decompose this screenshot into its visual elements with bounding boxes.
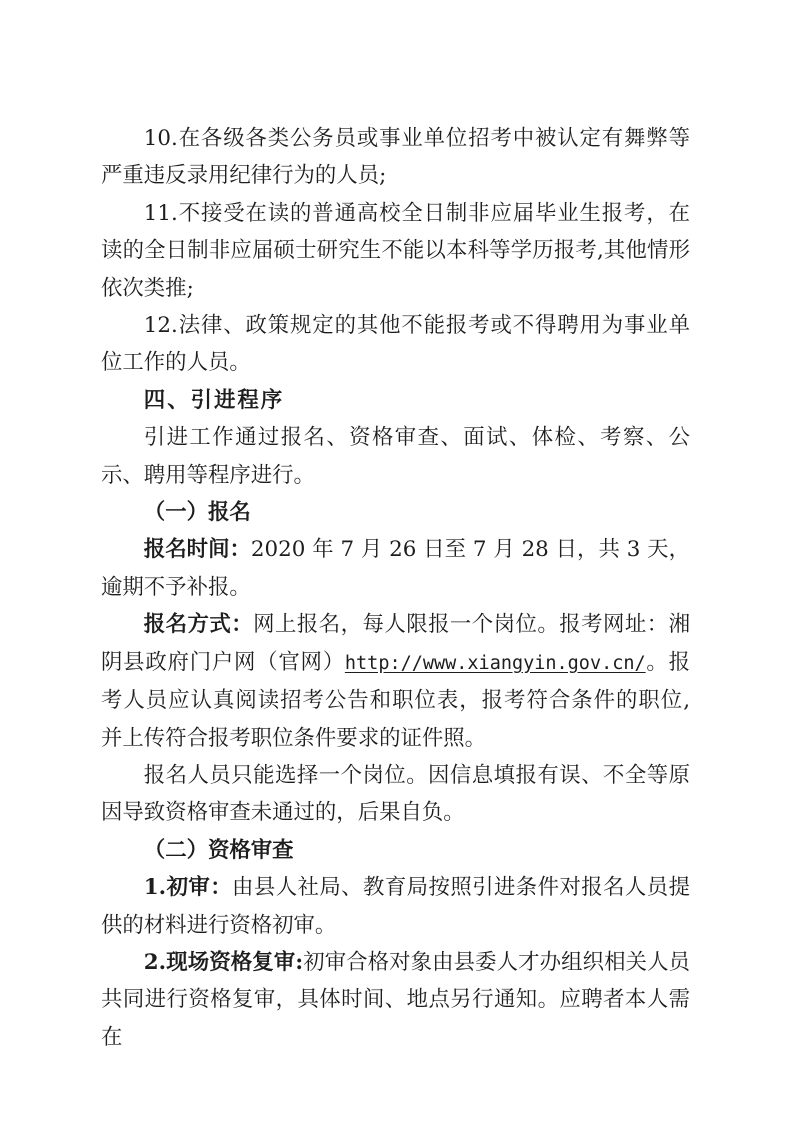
para-fushen: 2.现场资格复审:初审合格对象由县委人才办组织相关人员共同进行资格复审，具体时间… bbox=[101, 944, 690, 1056]
document-page: 10.在各级各类公务员或事业单位招考中被认定有舞弊等严重违反录用纪律行为的人员;… bbox=[0, 0, 793, 1122]
para-item-10-text: 10.在各级各类公务员或事业单位招考中被认定有舞弊等严重违反录用纪律行为的人员; bbox=[101, 126, 690, 188]
para-item-10: 10.在各级各类公务员或事业单位招考中被认定有舞弊等严重违反录用纪律行为的人员; bbox=[101, 120, 690, 195]
heading-section-4: 四、引进程序 bbox=[101, 382, 690, 419]
heading-sub-1-baoming: （一）报名 bbox=[101, 494, 690, 531]
document-content: 10.在各级各类公务员或事业单位招考中被认定有舞弊等严重违反录用纪律行为的人员;… bbox=[101, 120, 690, 1056]
para-item-11: 11.不接受在读的普通高校全日制非应届毕业生报考，在读的全日制非应届硕士研究生不… bbox=[101, 195, 690, 307]
para-baoming-time: 报名时间：2020 年 7 月 26 日至 7 月 28 日，共 3 天，逾期不… bbox=[101, 531, 690, 606]
heading-section-4-text: 四、引进程序 bbox=[144, 388, 284, 413]
fushen-label: 2.现场资格复审: bbox=[144, 950, 303, 975]
chushen-label: 1.初审： bbox=[144, 875, 232, 900]
para-item-12: 12.法律、政策规定的其他不能报考或不得聘用为事业单位工作的人员。 bbox=[101, 307, 690, 382]
para-one-position-note-text: 报名人员只能选择一个岗位。因信息填报有误、不全等原因导致资格审查未通过的，后果自… bbox=[101, 763, 690, 825]
heading-sub-2-zige-shencha: （二）资格审查 bbox=[101, 832, 690, 869]
para-one-position-note: 报名人员只能选择一个岗位。因信息填报有误、不全等原因导致资格审查未通过的，后果自… bbox=[101, 757, 690, 832]
para-chushen: 1.初审：由县人社局、教育局按照引进条件对报名人员提供的材料进行资格初审。 bbox=[101, 869, 690, 944]
para-baoming-method: 报名方式：网上报名，每人限报一个岗位。报考网址：湘阴县政府门户网（官网）http… bbox=[101, 606, 690, 757]
para-item-11-text: 11.不接受在读的普通高校全日制非应届毕业生报考，在读的全日制非应届硕士研究生不… bbox=[101, 201, 690, 301]
baoming-time-label: 报名时间： bbox=[144, 537, 251, 562]
baoming-method-label: 报名方式： bbox=[144, 612, 253, 637]
heading-sub-2-text: （二）资格审查 bbox=[144, 838, 294, 863]
para-procedure-intro: 引进工作通过报名、资格审查、面试、体检、考察、公示、聘用等程序进行。 bbox=[101, 419, 690, 494]
para-procedure-intro-text: 引进工作通过报名、资格审查、面试、体检、考察、公示、聘用等程序进行。 bbox=[101, 425, 690, 487]
website-url: http://www.xiangyin.gov.cn/ bbox=[345, 653, 646, 674]
heading-sub-1-text: （一）报名 bbox=[144, 500, 251, 525]
para-item-12-text: 12.法律、政策规定的其他不能报考或不得聘用为事业单位工作的人员。 bbox=[101, 313, 690, 375]
